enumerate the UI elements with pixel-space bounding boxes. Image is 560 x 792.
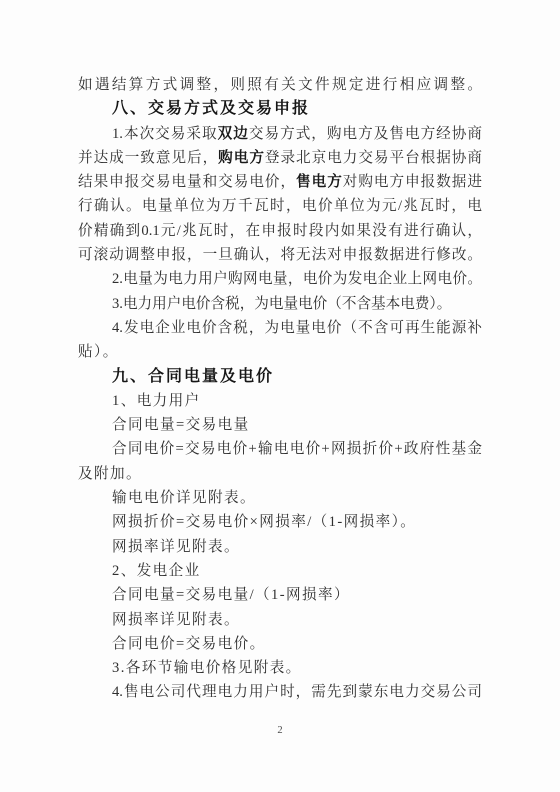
text-line-18: 输电电价详见附表。	[78, 486, 482, 510]
text-run: 如遇结算方式调整，则照有关文件规定进行相应调整。	[78, 77, 482, 93]
text-run: 1.本次交易采取	[112, 126, 218, 142]
text-run: 合同电价=交易电价。	[112, 636, 266, 652]
text-line-16: 合同电价=交易电价+输电电价+网损折价+政府性基金	[78, 437, 482, 461]
text-line-17: 及附加。	[78, 462, 482, 486]
document-page: 如遇结算方式调整，则照有关文件规定进行相应调整。 八、交易方式及交易申报 1.本…	[0, 0, 560, 792]
heading-text: 八、交易方式及交易申报	[112, 100, 310, 117]
document-body: 如遇结算方式调整，则照有关文件规定进行相应调整。 八、交易方式及交易申报 1.本…	[78, 73, 482, 705]
text-run: 行确认。电量单位为万千瓦时，电价单位为元/兆瓦时，电	[78, 198, 482, 214]
text-run: 3.各环节输电价格见附表。	[112, 660, 302, 676]
text-line-24: 合同电价=交易电价。	[78, 632, 482, 656]
text-line-22: 合同电量=交易电量/（1-网损率）	[78, 583, 482, 607]
section-8-heading: 八、交易方式及交易申报	[78, 97, 482, 121]
emphasis-run: 双边	[218, 126, 249, 142]
text-run: 3.电力用户电价含税，为电量电价（不含基本电费）。	[112, 296, 451, 312]
text-line-06: 行确认。电量单位为万千瓦时，电价单位为元/兆瓦时，电	[78, 194, 482, 218]
text-line-03: 1.本次交易采取双边交易方式，购电方及售电方经协商	[78, 122, 482, 146]
text-line-11: 4.发电企业电价含税，为电量电价（不含可再生能源补	[78, 316, 482, 340]
text-line-26: 4.售电公司代理电力用户时，需先到蒙东电力交易公司	[78, 680, 482, 704]
text-run: 4.售电公司代理电力用户时，需先到蒙东电力交易公司	[112, 684, 482, 700]
text-run: 可滚动调整申报，一旦确认，将无法对申报数据进行修改。	[78, 247, 482, 263]
emphasis-run: 售电方	[296, 174, 343, 190]
text-run: 网损率详见附表。	[112, 539, 240, 555]
text-line-15: 合同电量=交易电量	[78, 413, 482, 437]
section-9-heading: 九、合同电量及电价	[78, 365, 482, 389]
text-line-23: 网损率详见附表。	[78, 608, 482, 632]
page-number: 2	[0, 725, 560, 736]
text-run: 1、电力用户	[112, 393, 201, 409]
text-line-21: 2、发电企业	[78, 559, 482, 583]
text-run: 网损折价=交易电价×网损率/（1-网损率）。	[112, 514, 416, 530]
text-run: 及附加。	[78, 466, 142, 482]
text-run: 登录北京电力交易平台根据协商	[265, 150, 482, 166]
text-line-19: 网损折价=交易电价×网损率/（1-网损率）。	[78, 510, 482, 534]
text-run: 合同电价=交易电价+输电电价+网损折价+政府性基金	[112, 441, 482, 457]
text-run: 4.发电企业电价含税，为电量电价（不含可再生能源补	[112, 320, 482, 336]
text-run: 贴）。	[78, 344, 119, 360]
text-line-01: 如遇结算方式调整，则照有关文件规定进行相应调整。	[78, 73, 482, 97]
text-line-09: 2.电量为电力用户购网电量，电价为发电企业上网电价。	[78, 267, 482, 291]
text-run: 交易方式，购电方及售电方经协商	[249, 126, 482, 142]
text-line-14: 1、电力用户	[78, 389, 482, 413]
text-run: 结果申报交易电量和交易电价，	[78, 174, 296, 190]
text-run: 网损率详见附表。	[112, 612, 240, 628]
text-run: 2、发电企业	[112, 563, 201, 579]
emphasis-run: 购电方	[218, 150, 265, 166]
text-line-12: 贴）。	[78, 340, 482, 364]
text-line-07: 价精确到0.1元/兆瓦时，在申报时段内如果没有进行确认，	[78, 219, 482, 243]
text-run: 合同电量=交易电量/（1-网损率）	[112, 587, 350, 603]
text-line-05: 结果申报交易电量和交易电价，售电方对购电方申报数据进	[78, 170, 482, 194]
text-line-08: 可滚动调整申报，一旦确认，将无法对申报数据进行修改。	[78, 243, 482, 267]
text-line-25: 3.各环节输电价格见附表。	[78, 656, 482, 680]
text-run: 2.电量为电力用户购网电量，电价为发电企业上网电价。	[112, 271, 482, 287]
text-line-10: 3.电力用户电价含税，为电量电价（不含基本电费）。	[78, 292, 482, 316]
text-line-04: 并达成一致意见后，购电方登录北京电力交易平台根据协商	[78, 146, 482, 170]
heading-text: 九、合同电量及电价	[112, 368, 274, 385]
text-run: 并达成一致意见后，	[78, 150, 218, 166]
text-run: 合同电量=交易电量	[112, 417, 250, 433]
text-run: 对购电方申报数据进	[343, 174, 482, 190]
text-run: 输电电价详见附表。	[112, 490, 256, 506]
text-run: 价精确到0.1元/兆瓦时，在申报时段内如果没有进行确认，	[78, 223, 482, 239]
text-line-20: 网损率详见附表。	[78, 535, 482, 559]
